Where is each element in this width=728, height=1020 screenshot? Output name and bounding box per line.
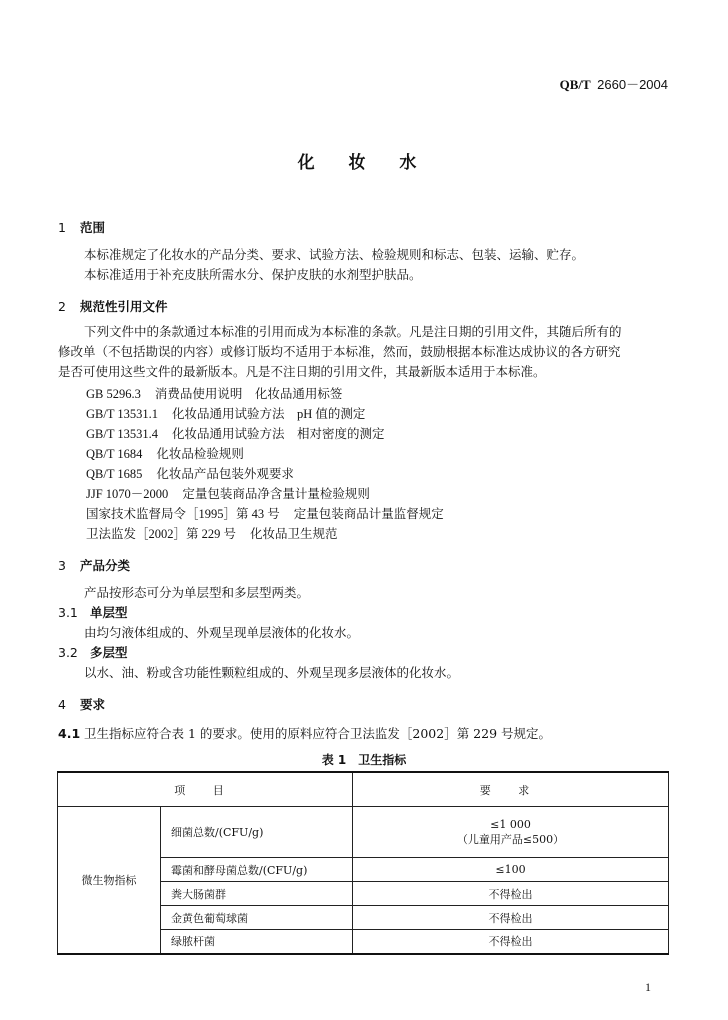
section-1-paragraph: 本标准适用于补充皮肤所需水分、保护皮肤的水剂型护肤品。 xyxy=(84,265,422,283)
document-title: 化 妆 水 xyxy=(0,148,728,173)
section-3-2-text: 以水、油、粉或含功能性颗粒组成的、外观呈现多层液体的化妆水。 xyxy=(84,663,459,681)
table-header-row: 项 目 要 求 xyxy=(58,772,669,807)
standard-code: QB/T 2660－2004 xyxy=(560,74,668,93)
reference-item: GB/T 13531.4化妆品通用试验方法 相对密度的测定 xyxy=(86,424,385,442)
page-number: 1 xyxy=(645,980,651,995)
item-cell: 金黄色葡萄球菌 xyxy=(161,906,353,930)
requirement-cell: ≤100 xyxy=(353,858,669,882)
item-cell: 细菌总数/(CFU/g) xyxy=(161,807,353,858)
section-3-heading: 3产品分类 xyxy=(58,556,130,574)
hygiene-indicator-table: 项 目 要 求 微生物指标 细菌总数/(CFU/g) ≤1 000 （儿童用产品… xyxy=(57,771,669,955)
standard-prefix: QB/T xyxy=(560,77,591,92)
reference-item: 卫法监发［2002］第 229 号化妆品卫生规范 xyxy=(86,524,338,542)
table-row: 微生物指标 细菌总数/(CFU/g) ≤1 000 （儿童用产品≤500） xyxy=(58,807,669,858)
reference-item: GB/T 13531.1化妆品通用试验方法 pH 值的测定 xyxy=(86,404,365,422)
item-cell: 霉菌和酵母菌总数/(CFU/g) xyxy=(161,858,353,882)
item-cell: 绿脓杆菌 xyxy=(161,930,353,954)
section-4-1-text: 4.1卫生指标应符合表 1 的要求。使用的原料应符合卫法监发［2002］第 22… xyxy=(58,724,551,742)
section-3-paragraph: 产品按形态可分为单层型和多层型两类。 xyxy=(84,583,309,601)
reference-item: GB 5296.3消费品使用说明 化妆品通用标签 xyxy=(86,384,342,402)
requirement-cell: ≤1 000 （儿童用产品≤500） xyxy=(353,807,669,858)
section-3-1-text: 由均匀液体组成的、外观呈现单层液体的化妆水。 xyxy=(84,623,359,641)
standard-number: 2660－2004 xyxy=(597,77,668,92)
header-requirement: 要 求 xyxy=(353,772,669,807)
section-2-intro-line: 下列文件中的条款通过本标准的引用而成为本标准的条款。凡是注日期的引用文件，其随后… xyxy=(84,322,622,340)
table-caption: 表 1 卫生指标 xyxy=(0,751,728,768)
reference-item: 国家技术监督局令［1995］第 43 号定量包装商品计量监督规定 xyxy=(86,504,444,522)
reference-item: QB/T 1684化妆品检验规则 xyxy=(86,444,244,462)
section-2-heading: 2规范性引用文件 xyxy=(58,297,168,315)
section-1-paragraph: 本标准规定了化妆水的产品分类、要求、试验方法、检验规则和标志、包装、运输、贮存。 xyxy=(84,245,584,263)
reference-item: JJF 1070－2000定量包装商品净含量计量检验规则 xyxy=(86,484,370,502)
header-item: 项 目 xyxy=(58,772,353,807)
section-2-intro-line: 修改单（不包括勘误的内容）或修订版均不适用于本标准，然而，鼓励根据本标准达成协议… xyxy=(58,342,621,360)
section-3-2-heading: 3.2多层型 xyxy=(58,643,128,661)
reference-item: QB/T 1685化妆品产品包装外观要求 xyxy=(86,464,294,482)
requirement-cell: 不得检出 xyxy=(353,930,669,954)
section-4-heading: 4要求 xyxy=(58,695,105,713)
section-2-intro-line: 是否可使用这些文件的最新版本。凡是不注日期的引用文件，其最新版本适用于本标准。 xyxy=(58,362,546,380)
requirement-cell: 不得检出 xyxy=(353,906,669,930)
requirement-cell: 不得检出 xyxy=(353,882,669,906)
section-3-1-heading: 3.1单层型 xyxy=(58,603,128,621)
item-cell: 粪大肠菌群 xyxy=(161,882,353,906)
group-label: 微生物指标 xyxy=(58,807,161,954)
section-1-heading: 1范围 xyxy=(58,218,105,236)
